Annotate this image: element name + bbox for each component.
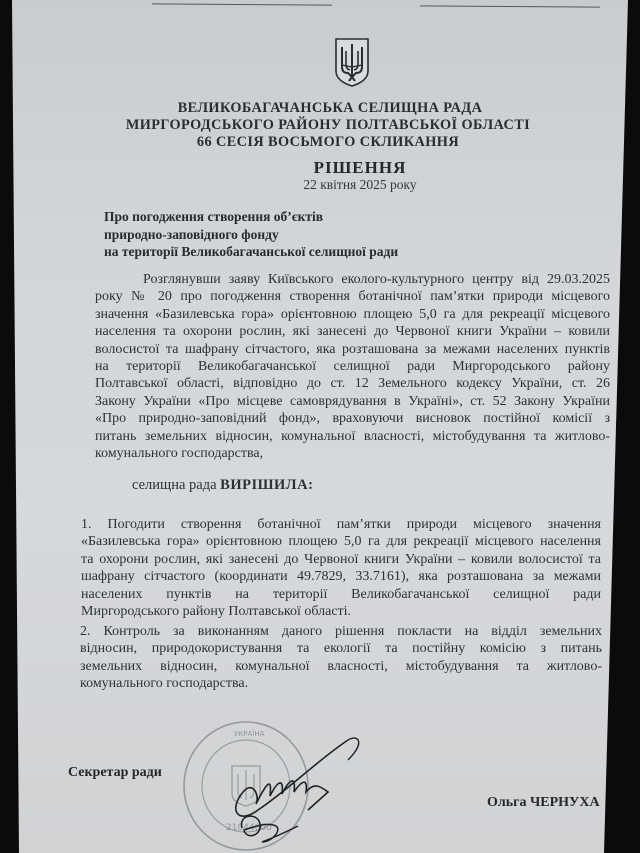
district-name: МИРГОРОДСЬКОГО РАЙОНУ ПОЛТАВСЬКОЇ ОБЛАСТ…	[68, 117, 588, 134]
session-name: 66 СЕСІЯ ВОСЬМОГО СКЛИКАННЯ	[68, 134, 588, 151]
text-line: Закону України «Про місцеве самоврядуван…	[95, 393, 610, 410]
resolution-item-2: 2. Контроль за виконанням даного рішення…	[80, 623, 602, 693]
signatory-role: Секретар ради	[68, 765, 162, 781]
signature-icon	[198, 730, 378, 850]
document-title: РІШЕННЯ	[240, 158, 480, 178]
text-line: населених пунктів на території Великобаг…	[81, 586, 601, 603]
text-line: та охорони рослин, які занесені до Черво…	[81, 551, 601, 568]
trident-coat-of-arms-icon	[334, 37, 370, 87]
text-line: шафрану сітчастого (координати 49.7829, …	[81, 568, 601, 585]
text-line: питань земельних відносин, комунальної в…	[95, 428, 610, 445]
subject-line: природно-заповідного фонду	[104, 226, 398, 244]
resolution-item-1: 1. Погодити створення ботанічної пам’ятк…	[81, 516, 601, 620]
text-line: року № 20 про погодження створення ботан…	[95, 288, 610, 305]
subject-line: на території Великобагачанської селищної…	[104, 243, 398, 261]
text-line: «Про природно-заповідний фонд», враховую…	[95, 410, 610, 427]
text-line: Розглянувши заяву Київського еколого-кул…	[95, 271, 610, 288]
decision-subject: Про погодження створення об’єктів природ…	[104, 208, 398, 261]
resolution-keyword: ВИРІШИЛА:	[220, 477, 313, 493]
document-date: 22 квітня 2025 року	[240, 177, 480, 193]
resolution-prefix: селищна рада	[132, 477, 220, 493]
text-line: 2. Контроль за виконанням даного рішення…	[80, 623, 602, 640]
text-line: відносин, природокористування та екологі…	[80, 640, 602, 657]
council-name: ВЕЛИКОБАГАЧАНСЬКА СЕЛИЩНА РАДА	[70, 100, 590, 117]
text-line: комунального господарства.	[80, 675, 602, 692]
text-line: на території Великобагачанської селищної…	[95, 358, 610, 375]
text-line: волосистої та шафрану сітчастого, яка ро…	[95, 341, 610, 358]
text-line: комунального господарства,	[95, 445, 610, 462]
text-line: 1. Погодити створення ботанічної пам’ятк…	[81, 516, 601, 533]
text-line: Полтавської області, відповідно до ст. 1…	[95, 375, 610, 392]
text-line: значення «Базилевська гора» орієнтовною …	[95, 306, 610, 323]
text-line: Миргородського району Полтавської област…	[81, 603, 601, 620]
text-line: земельних відносин, комунальної власност…	[80, 658, 602, 675]
text-line: «Базилевська гора» орієнтовною площею 5,…	[81, 533, 601, 550]
preamble-paragraph: Розглянувши заяву Київського еколого-кул…	[95, 271, 610, 462]
text-line: населення та охорони рослин, які занесен…	[95, 323, 610, 340]
subject-line: Про погодження створення об’єктів	[104, 208, 398, 226]
decision-document: ВЕЛИКОБАГАЧАНСЬКА СЕЛИЩНА РАДА МИРГОРОДС…	[0, 0, 640, 853]
signatory-name: Ольга ЧЕРНУХА	[487, 795, 600, 811]
resolution-heading: селищна рада ВИРІШИЛА:	[132, 477, 313, 494]
